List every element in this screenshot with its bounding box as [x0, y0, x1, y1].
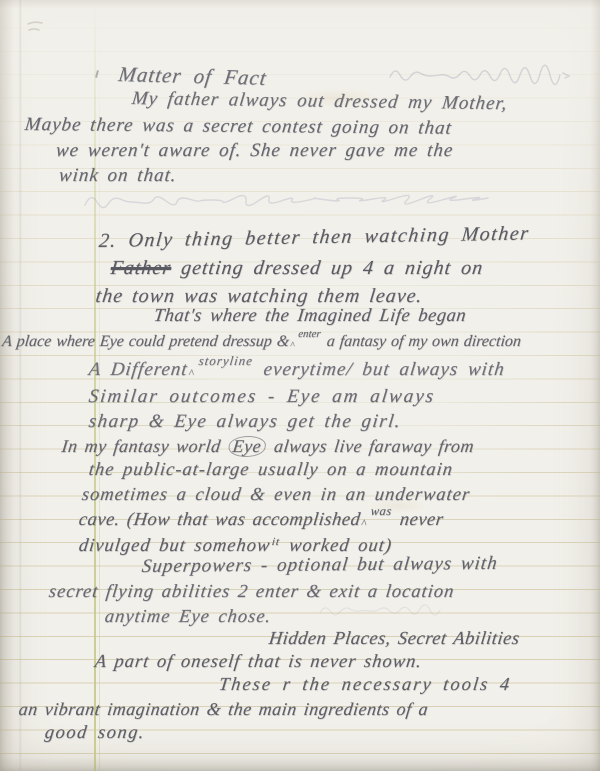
handwritten-line: My father always out dressed my Mother,: [131, 89, 509, 113]
handwritten-line: we weren't aware of. She never gave me t…: [55, 141, 454, 160]
handwritten-page: Matter of Fact My father always out dres…: [0, 0, 600, 771]
handwritten-line: A Different^storyline everytime/ but alw…: [88, 360, 506, 379]
line-text: cave. (How that was accomplished: [78, 510, 362, 530]
line-text: the town was watching them leave.: [94, 285, 424, 307]
line-text: the public-at-large usually on a mountai…: [88, 460, 455, 480]
handwritten-line: an vibrant imagination & the main ingred…: [18, 700, 430, 718]
line-text: we weren't aware of. She never gave me t…: [55, 140, 455, 161]
line-text: A Different: [88, 359, 189, 380]
handwritten-line: That's where the Imagined Life began: [153, 307, 467, 326]
handwritten-line: cave. (How that was accomplished^was nev…: [78, 511, 445, 530]
line-text: always live faraway from: [266, 436, 475, 456]
line-text: Maybe there was a secret contest going o…: [24, 114, 453, 139]
handwritten-line: secret flying abilities 2 enter & exit a…: [48, 583, 456, 602]
line-text: In my fantasy world: [61, 436, 229, 456]
handwritten-line: Hidden Places, Secret Abilities: [268, 630, 521, 649]
line-text: Superpowers - optional but always with: [141, 553, 499, 577]
inserted-word: storyline: [198, 353, 254, 368]
handwritten-line: divulged but somehowit worked out): [78, 537, 393, 556]
struck-word: Father: [109, 257, 172, 279]
handwritten-line: A part of oneself that is never shown.: [94, 653, 423, 672]
erased-handwriting-squiggle: [388, 62, 583, 88]
handwritten-line: Superpowers - optional but always with: [141, 554, 499, 576]
handwritten-line: sharp & Eye always get the girl.: [88, 412, 403, 431]
line-text: everytime/ but always with: [253, 359, 506, 380]
insertion-caret: ^: [360, 518, 367, 530]
line-text: an vibrant imagination & the main ingred…: [18, 699, 430, 719]
inserted-word: was: [370, 504, 393, 518]
handwritten-line: sometimes a cloud & even in an underwate…: [81, 486, 472, 505]
line-text: good song.: [44, 723, 147, 743]
handwritten-line: Father getting dressed up 4 a night on: [110, 258, 485, 278]
handwritten-line: Maybe there was a secret contest going o…: [24, 115, 453, 138]
handwritten-line: good song.: [44, 724, 146, 743]
line-text: These r the necessary tools 4: [218, 675, 513, 695]
handwritten-line: the town was watching them leave.: [95, 286, 424, 306]
line-text: sharp & Eye always get the girl.: [88, 411, 403, 432]
line-text: divulged but somehow: [78, 536, 272, 556]
insertion-caret: ^: [187, 367, 195, 380]
line-text: a fantasy of my own direction: [321, 333, 522, 350]
line-text: Matter of Fact: [117, 62, 268, 90]
handwritten-line: wink on that.: [58, 166, 178, 185]
line-text: A place where Eye could pretend dressup …: [1, 333, 290, 350]
inserted-word: it: [271, 536, 281, 548]
handwritten-line: Matter of Fact: [117, 64, 268, 89]
line-text: Similar outcomes - Eye am always: [88, 386, 437, 407]
line-text: secret flying abilities 2 enter & exit a…: [48, 582, 456, 602]
handwritten-line: Similar outcomes - Eye am always: [88, 387, 437, 406]
handwritten-line: anytime Eye chose.: [104, 608, 273, 627]
handwritten-line: A place where Eye could pretend dressup …: [1, 334, 521, 350]
inserted-word: enter: [298, 328, 322, 340]
line-text: never: [392, 510, 445, 530]
erased-handwriting-squiggle: [82, 188, 552, 216]
line-text: sometimes a cloud & even in an underwate…: [81, 485, 472, 505]
corner-smudge: [26, 20, 48, 34]
line-text: anytime Eye chose.: [104, 607, 273, 627]
handwritten-line: the public-at-large usually on a mountai…: [88, 461, 454, 480]
line-text: getting dressed up 4 a night on: [170, 257, 485, 279]
insertion-caret: ^: [289, 340, 294, 351]
erased-handwriting-squiggle: [318, 600, 458, 622]
handwritten-line: These r the necessary tools 4: [218, 676, 513, 695]
line-text: A part of oneself that is never shown.: [94, 652, 424, 672]
handwritten-line: In my fantasy world Eye always live fara…: [60, 436, 475, 457]
circled-word: Eye: [227, 436, 267, 457]
line-text: Hidden Places, Secret Abilities: [268, 629, 521, 649]
line-text: wink on that.: [58, 165, 178, 186]
line-text: That's where the Imagined Life began: [153, 306, 468, 326]
